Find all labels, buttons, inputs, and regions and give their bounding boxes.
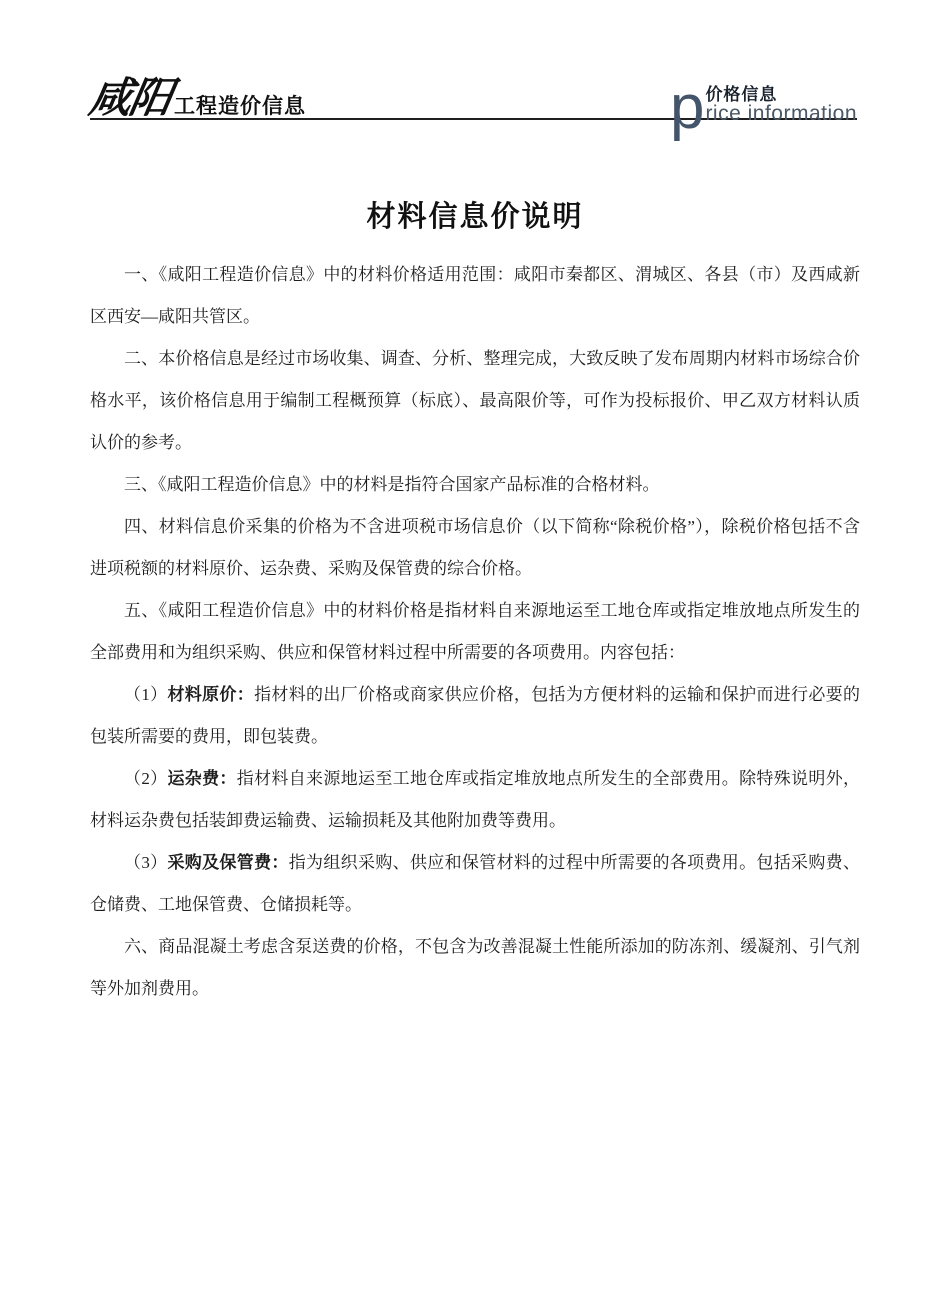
item-number: （3） — [124, 853, 167, 872]
item-term: 运杂费： — [167, 769, 236, 788]
paragraph-6: 六、商品混凝土考虑含泵送费的价格，不包含为改善混凝土性能所添加的防冻剂、缓凝剂、… — [90, 926, 860, 1010]
document-page: 咸阳 工程造价信息 p 价格信息 rice information 材料信息价说… — [0, 0, 950, 1290]
price-logo-letter: p — [670, 84, 704, 132]
paragraph-text: 六、商品混凝土考虑含泵送费的价格，不包含为改善混凝土性能所添加的防冻剂、缓凝剂、… — [90, 937, 860, 998]
brand-logo: 咸阳 工程造价信息 — [90, 79, 306, 117]
paragraph-1: 一、《咸阳工程造价信息》中的材料价格适用范围：咸阳市秦都区、渭城区、各县（市）及… — [90, 254, 860, 338]
page-header: 咸阳 工程造价信息 p 价格信息 rice information — [90, 72, 857, 120]
item-term: 材料原价： — [167, 685, 254, 704]
paragraph-text: 三、《咸阳工程造价信息》中的材料是指符合国家产品标准的合格材料。 — [124, 475, 660, 494]
paragraph-text: 二、本价格信息是经过市场收集、调查、分析、整理完成，大致反映了发布周期内材料市场… — [90, 349, 860, 452]
paragraph-sub-2: （2）运杂费：指材料自来源地运至工地仓库或指定堆放地点所发生的全部费用。除特殊说… — [90, 758, 860, 842]
paragraph-4: 四、材料信息价采集的价格为不含进项税市场信息价（以下简称“除税价格”），除税价格… — [90, 506, 860, 590]
item-number: （1） — [124, 685, 167, 704]
price-logo-en: rice information — [705, 103, 857, 124]
paragraph-3: 三、《咸阳工程造价信息》中的材料是指符合国家产品标准的合格材料。 — [90, 464, 860, 506]
brand-suffix-text: 工程造价信息 — [174, 96, 306, 117]
paragraph-5: 五、《咸阳工程造价信息》中的材料价格是指材料自来源地运至工地仓库或指定堆放地点所… — [90, 590, 860, 674]
paragraph-text: 五、《咸阳工程造价信息》中的材料价格是指材料自来源地运至工地仓库或指定堆放地点所… — [90, 601, 860, 662]
item-number: （2） — [124, 769, 167, 788]
price-logo-text: 价格信息 rice information — [705, 86, 857, 125]
brand-script-text: 咸阳 — [87, 79, 174, 117]
item-term: 采购及保管费： — [167, 853, 288, 872]
price-information-logo: p 价格信息 rice information — [670, 84, 857, 132]
page-title: 材料信息价说明 — [0, 194, 950, 235]
paragraph-text: 一、《咸阳工程造价信息》中的材料价格适用范围：咸阳市秦都区、渭城区、各县（市）及… — [90, 265, 860, 326]
price-logo-cn: 价格信息 — [705, 86, 857, 104]
document-body: 一、《咸阳工程造价信息》中的材料价格适用范围：咸阳市秦都区、渭城区、各县（市）及… — [90, 254, 860, 1010]
paragraph-sub-1: （1）材料原价：指材料的出厂价格或商家供应价格，包括为方便材料的运输和保护而进行… — [90, 674, 860, 758]
paragraph-2: 二、本价格信息是经过市场收集、调查、分析、整理完成，大致反映了发布周期内材料市场… — [90, 338, 860, 464]
paragraph-sub-3: （3）采购及保管费：指为组织采购、供应和保管材料的过程中所需要的各项费用。包括采… — [90, 842, 860, 926]
paragraph-text: 四、材料信息价采集的价格为不含进项税市场信息价（以下简称“除税价格”），除税价格… — [90, 517, 860, 578]
